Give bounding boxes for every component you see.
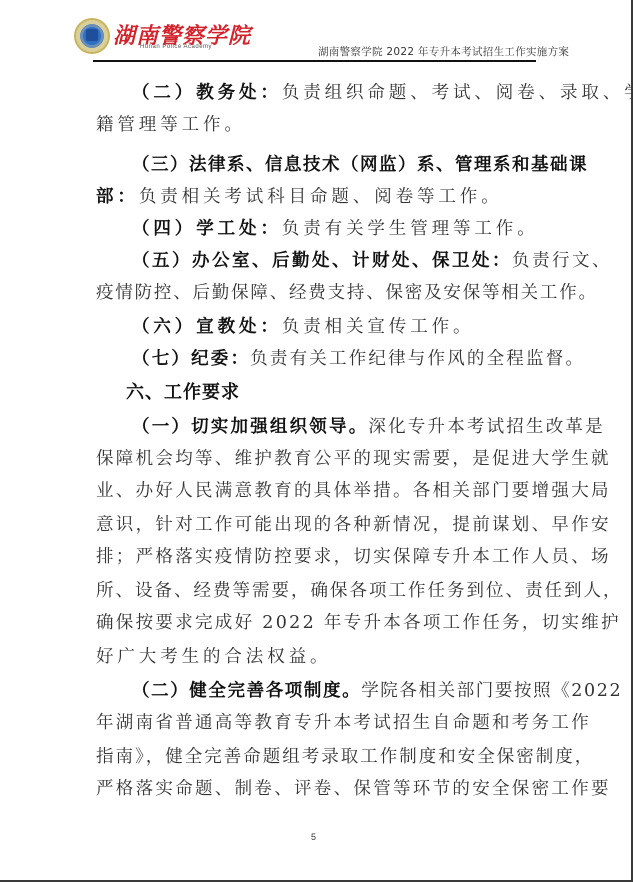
item-text: 负责相关宣传工作。 xyxy=(282,317,475,337)
text-line: 部：负责相关考试科目命题、阅卷等工作。 xyxy=(96,181,503,213)
text-line: （二）健全完善各项制度。学院各相关部门要按照《2022 xyxy=(132,675,622,707)
item-label: （七）纪委： xyxy=(132,349,250,369)
item-text: 确保按要求完成好 2022 年专升本各项工作任务，切实维护 xyxy=(96,613,621,633)
academy-seal-icon xyxy=(74,18,110,54)
text-line: （五）办公室、后勤处、计财处、保卫处：负责行文、 xyxy=(132,245,612,277)
item-label: （一）切实加强组织领导。 xyxy=(132,417,368,437)
item-label: （六）宣教处： xyxy=(132,317,282,337)
item-text: 负责组织命题、考试、阅卷、录取、学 xyxy=(282,83,633,103)
brand-name-en: Hunan Police Academy xyxy=(140,44,212,50)
item-text: 严格落实命题、制卷、评卷、保管等环节的安全保密工作要 xyxy=(96,779,611,799)
item-text: 好广大考生的合法权益。 xyxy=(96,647,331,667)
item-text: 深化专升本考试招生改革是 xyxy=(368,417,604,437)
header-divider xyxy=(93,60,536,62)
item-text: 保障机会均等、维护教育公平的现实需要，是促进大学生就 xyxy=(96,449,611,469)
item-text: 负责行文、 xyxy=(512,251,612,271)
text-line: 排；严格落实疫情防控要求，切实保障专升本工作人员、场 xyxy=(96,541,611,573)
text-line: （七）纪委：负责有关工作纪律与作风的全程监督。 xyxy=(132,343,585,375)
text-line: 疫情防控、后勤保障、经费支持、保密及安保等相关工作。 xyxy=(96,277,598,309)
item-text: 负责有关工作纪律与作风的全程监督。 xyxy=(250,349,585,369)
text-line: 意识，针对工作可能出现的各种新情况，提前谋划、早作安 xyxy=(96,509,611,541)
text-line: 好广大考生的合法权益。 xyxy=(96,641,331,673)
text-line: 保障机会均等、维护教育公平的现实需要，是促进大学生就 xyxy=(96,443,611,475)
page-number: 5 xyxy=(311,832,316,842)
item-label: （四）学工处： xyxy=(132,219,282,239)
text-line: 所、设备、经费等需要，确保各项工作任务到位、责任到人， xyxy=(96,575,623,607)
text-line: 籍管理等工作。 xyxy=(96,109,246,141)
text-line: （三）法律系、信息技术（网监）系、管理系和基础课 xyxy=(132,149,588,181)
item-label: （三）法律系、信息技术（网监）系、管理系和基础课 xyxy=(132,155,588,175)
document-header-title: 湖南警察学院 2022 年专升本考试招生工作实施方案 xyxy=(318,44,569,59)
item-text: 业、办好人民满意教育的具体举措。各相关部门要增强大局 xyxy=(96,481,611,501)
item-text: 籍管理等工作。 xyxy=(96,115,246,135)
text-line: （六）宣教处：负责相关宣传工作。 xyxy=(132,311,474,343)
item-text: 年湖南省普通高等教育专升本考试招生自命题和考务工作 xyxy=(96,713,591,733)
item-label: （二）教务处： xyxy=(132,83,282,103)
text-line: 指南》，健全完善命题组考录取工作制度和安全保密制度， xyxy=(96,741,594,773)
text-line: 严格落实命题、制卷、评卷、保管等环节的安全保密工作要 xyxy=(96,773,611,805)
item-text: 学院各相关部门要按照《2022 xyxy=(361,681,622,701)
item-text: 疫情防控、后勤保障、经费支持、保密及安保等相关工作。 xyxy=(96,283,598,303)
item-text: 指南》，健全完善命题组考录取工作制度和安全保密制度， xyxy=(96,747,594,767)
item-text: 所、设备、经费等需要，确保各项工作任务到位、责任到人， xyxy=(96,581,623,601)
text-line: （四）学工处：负责有关学生管理等工作。 xyxy=(132,213,539,245)
text-line: 年湖南省普通高等教育专升本考试招生自命题和考务工作 xyxy=(96,707,591,739)
item-label: （五）办公室、后勤处、计财处、保卫处： xyxy=(132,251,512,271)
item-text: 排；严格落实疫情防控要求，切实保障专升本工作人员、场 xyxy=(96,547,611,567)
text-line: 业、办好人民满意教育的具体举措。各相关部门要增强大局 xyxy=(96,475,611,507)
text-line: （二）教务处：负责组织命题、考试、阅卷、录取、学 xyxy=(132,77,633,109)
item-text: 负责相关考试科目命题、阅卷等工作。 xyxy=(139,187,503,207)
seal-emblem-icon xyxy=(86,29,98,41)
item-text: 意识，针对工作可能出现的各种新情况，提前谋划、早作安 xyxy=(96,515,611,535)
text-line: （一）切实加强组织领导。深化专升本考试招生改革是 xyxy=(132,411,605,443)
item-label: 部： xyxy=(96,187,139,207)
item-text: 负责有关学生管理等工作。 xyxy=(282,219,539,239)
section-heading: 六、工作要求 xyxy=(126,377,240,409)
document-page: 湖南警察学院 Hunan Police Academy 湖南警察学院 2022 … xyxy=(0,0,633,882)
item-label: （二）健全完善各项制度。 xyxy=(132,681,361,701)
text-line: 确保按要求完成好 2022 年专升本各项工作任务，切实维护 xyxy=(96,607,621,639)
